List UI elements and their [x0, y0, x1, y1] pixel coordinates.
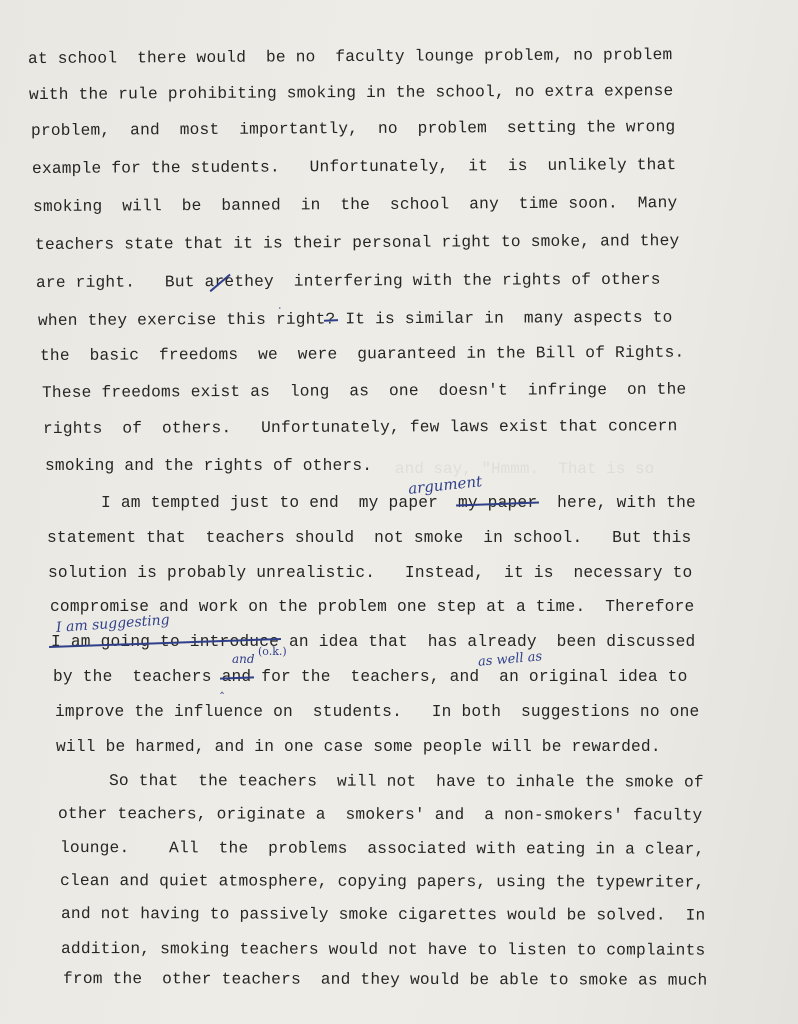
text-line-26: addition, smoking teachers would not hav…	[61, 940, 705, 960]
text-line-11: rights of others. Unfortunately, few law…	[43, 417, 678, 438]
text-line-9: the basic freedoms we were guaranteed in…	[40, 344, 685, 365]
text-segment: for the teachers, and an original idea t…	[251, 668, 687, 686]
struck-question-mark: ?	[325, 310, 335, 328]
text-segment: It is similar in many aspects to	[335, 309, 672, 329]
handwritten-and: and	[232, 652, 255, 666]
text-line-2: with the rule prohibiting smoking in the…	[29, 82, 674, 104]
text-segment: are right. But	[36, 273, 205, 292]
handwritten-period: ‧	[277, 302, 281, 315]
typewritten-page: and say, "Hmmm. That is so at school the…	[0, 0, 798, 1024]
text-line-17: I am going to introduce an idea that has…	[51, 633, 695, 651]
text-line-21: So that the teachers will not have to in…	[109, 772, 704, 792]
text-segment: they interfering with the rights of othe…	[234, 271, 660, 291]
text-line-15: solution is probably unrealistic. Instea…	[48, 564, 692, 582]
text-line-24: clean and quiet atmosphere, copying pape…	[60, 872, 704, 892]
text-line-23: lounge. All the problems associated with…	[60, 839, 704, 859]
insertion-caret-icon: ‸	[220, 680, 224, 694]
text-segment: I am tempted just to end my	[101, 494, 389, 512]
text-line-8: when they exercise this right? It is sim…	[38, 309, 673, 330]
text-line-20: will be harmed, and in one case some peo…	[56, 738, 661, 756]
text-line-1: at school there would be no faculty loun…	[28, 46, 673, 68]
text-line-18: by the teachers and for the teachers, an…	[53, 668, 688, 686]
text-line-4: example for the students. Unfortunately,…	[32, 156, 677, 178]
struck-my-paper: my paper	[458, 494, 537, 512]
text-line-10: These freedoms exist as long as one does…	[42, 381, 687, 402]
text-line-22: other teachers, originate a smokers' and…	[58, 805, 702, 825]
text-segment: by the teachers	[53, 668, 212, 686]
text-segment: when they exercise this right	[38, 310, 326, 330]
struck-word-are: are	[204, 273, 234, 291]
text-segment: an idea that has already been discussed	[279, 633, 695, 651]
text-line-25: and not having to passively smoke cigare…	[61, 905, 705, 925]
struck-word-and: and	[222, 668, 252, 686]
show-through-text: and say, "Hmmm. That is so	[395, 460, 654, 478]
text-segment: here, with the	[537, 494, 696, 512]
text-line-13: I am tempted just to end my paper my pap…	[101, 494, 696, 512]
text-line-12: smoking and the rights of others.	[45, 457, 372, 475]
struck-going-to-introduce: I am going to introduce	[51, 633, 279, 651]
text-line-27: from the other teachers and they would b…	[63, 970, 707, 990]
text-line-3: problem, and most importantly, no proble…	[31, 118, 676, 140]
text-line-19: improve the influence on students. In bo…	[55, 703, 699, 721]
handwritten-as-well-as: as well as	[477, 649, 542, 670]
text-line-5: smoking will be banned in the school any…	[33, 194, 678, 216]
text-line-14: statement that teachers should not smoke…	[47, 529, 691, 547]
text-line-7: are right. But arethey interfering with …	[36, 271, 661, 292]
underlined-word-paper: paper	[389, 494, 439, 512]
text-line-6: teachers state that it is their personal…	[35, 232, 680, 254]
handwritten-ok: (o.k.)	[258, 645, 287, 658]
